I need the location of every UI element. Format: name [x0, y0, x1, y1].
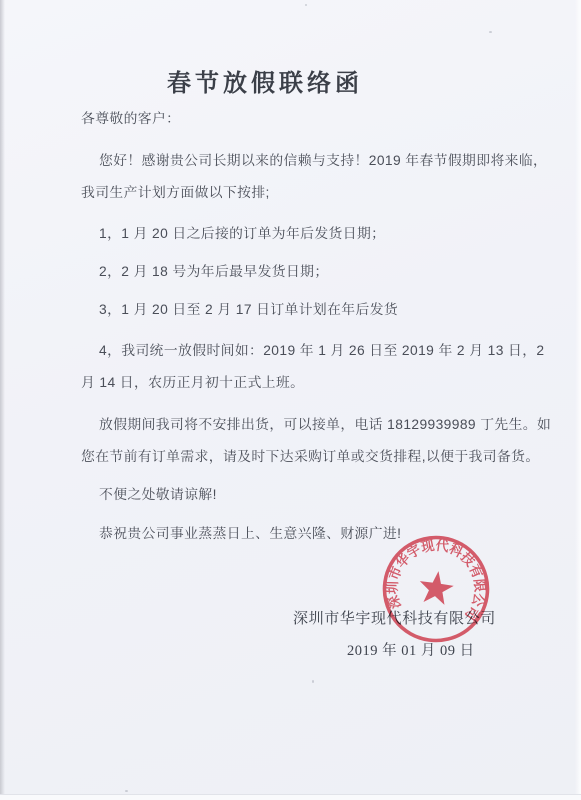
scan-speck — [312, 680, 314, 683]
body-line-item-2: 2，2 月 18 号为年后最早发货日期； — [99, 264, 539, 279]
company-seal: 深圳市华宇现代科技有限公司 — [368, 521, 504, 657]
body-line: 月 14 日，农历正月初十正式上班。 — [81, 375, 521, 390]
body-line-item-4: 4，我司统一放假时间如：2019 年 1 月 26 日至 2019 年 2 月 … — [99, 343, 539, 358]
body-line: 不便之处敬请谅解! — [99, 487, 539, 502]
scan-speck — [305, 4, 307, 6]
body-line-item-1: 1，1 月 20 日之后接的订单为年后发货日期； — [99, 226, 539, 241]
scan-speck — [125, 790, 128, 792]
paper-edge-bottom — [0, 794, 581, 800]
paper-edge-left — [0, 0, 5, 800]
body-line: 您在节前有订单需求，请及时下达采购订单或交货排程,以便于我司备货。 — [81, 449, 521, 464]
body-line: 放假期间我司将不安排出货，可以接单，电话 18129939989 丁先生。如 — [99, 417, 539, 432]
salutation: 各尊敬的客户： — [81, 111, 521, 126]
paper-edge-right — [575, 0, 581, 800]
body-line: 您好！感谢贵公司长期以来的信赖与支持！2019 年春节假期即将来临， — [99, 153, 539, 168]
body-line: 我司生产计划方面做以下按排; — [81, 185, 521, 200]
document-title: 春节放假联络函 — [0, 63, 530, 98]
seal-star-icon — [417, 569, 455, 606]
scanned-letter-page: 春节放假联络函 各尊敬的客户： 您好！感谢贵公司长期以来的信赖与支持！2019 … — [0, 0, 581, 800]
scan-speck — [489, 31, 492, 33]
body-line-item-3: 3，1 月 20 日至 2 月 17 日订单计划在年后发货 — [99, 302, 539, 317]
